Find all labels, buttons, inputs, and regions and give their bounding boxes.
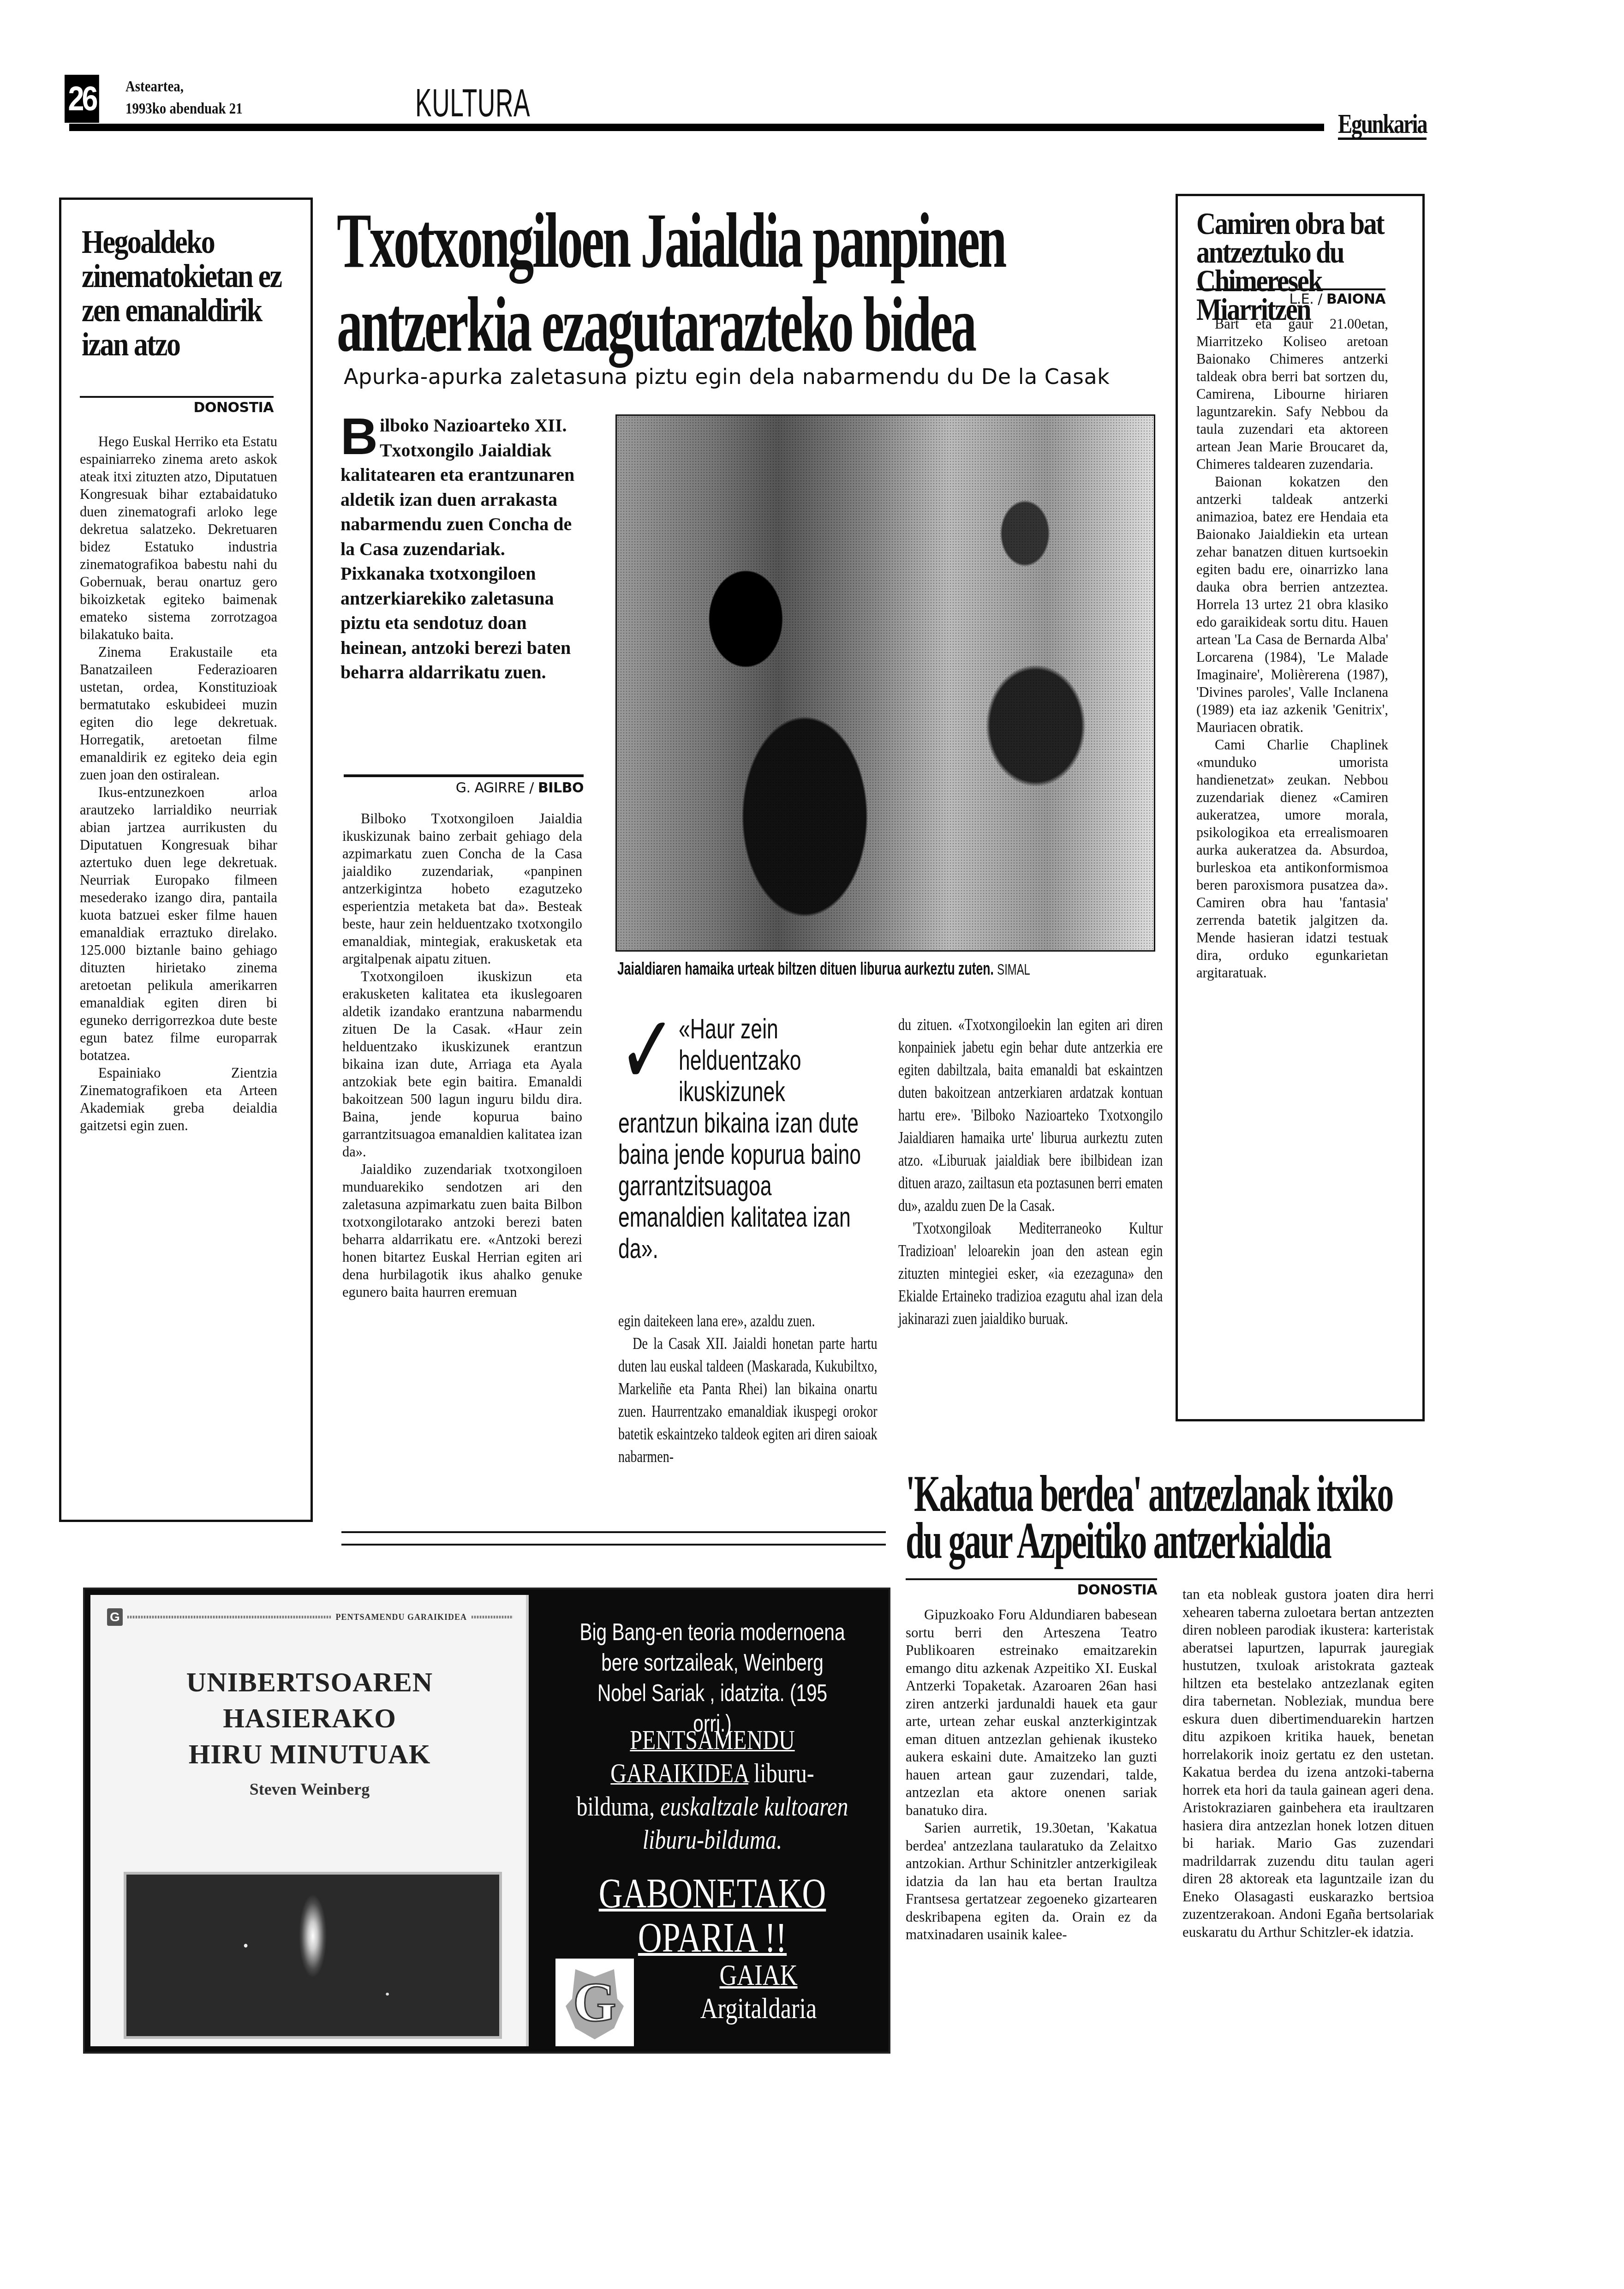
main-lead: Bilboko Nazioarteko XII. Txotxongilo Jai… bbox=[340, 413, 590, 685]
ad-description: Big Bang-en teoria modernoena bere sortz… bbox=[576, 1617, 849, 1739]
paragraph: Espainiako Zientzia Zinematografikoen et… bbox=[80, 1064, 277, 1134]
weekday: Asteartea, bbox=[125, 76, 243, 98]
bottom-article-dateline: DONOSTIA bbox=[906, 1582, 1157, 1598]
paragraph: 'Txotxongiloak Mediterraneoko Kultur Tra… bbox=[898, 1217, 1163, 1330]
paragraph: Cami Charlie Chaplinek «munduko umorista… bbox=[1196, 736, 1388, 982]
paragraph: De la Casak XII. Jaialdi honetan parte h… bbox=[618, 1332, 878, 1468]
paragraph: Bart eta gaur 21.00etan, Miarritzeko Kol… bbox=[1196, 315, 1388, 473]
date: 1993ko abenduak 21 bbox=[125, 98, 243, 120]
left-article-body: Hego Euskal Herriko eta Estatu espainiar… bbox=[80, 433, 277, 1134]
cover-series: PENTSAMENDU GARAIKIDEA bbox=[335, 1612, 467, 1622]
main-col2: egin daitekeen lana ere», azaldu zuen. D… bbox=[618, 1310, 878, 1468]
right-article-body: Bart eta gaur 21.00etan, Miarritzeko Kol… bbox=[1196, 315, 1388, 982]
pull-quote: ✓«Haur zein helduentzako ikuskizunek era… bbox=[618, 1013, 867, 1264]
paragraph: Jaialdiko zuzendariak txotxongiloen mund… bbox=[342, 1161, 582, 1301]
book-author: Steven Weinberg bbox=[90, 1780, 529, 1799]
bottom-col1: Gipuzkoako Foru Aldundiaren babesean sor… bbox=[906, 1606, 1157, 1944]
dateline-rule bbox=[1196, 288, 1385, 290]
drop-cap: B bbox=[340, 414, 378, 459]
left-article-dateline: DONOSTIA bbox=[80, 400, 274, 416]
main-subheadline: Apurka-apurka zaletasuna piztu egin dela… bbox=[344, 364, 1170, 389]
book-advertisement: G PENTSAMENDU GARAIKIDEA UNIBERTSOAREN H… bbox=[83, 1588, 890, 2054]
ad-copy: Big Bang-en teoria modernoena bere sortz… bbox=[537, 1589, 888, 2051]
issue-date: Asteartea, 1993ko abenduak 21 bbox=[125, 76, 243, 120]
section-label: KULTURA bbox=[415, 82, 530, 124]
dateline-rule bbox=[80, 396, 274, 398]
paragraph: du zituen. «Txotxongiloekin lan egiten a… bbox=[898, 1013, 1163, 1217]
main-byline: G. AGIRRE / BILBO bbox=[344, 780, 584, 796]
galaxy-image bbox=[124, 1872, 502, 2039]
dateline-rule bbox=[906, 1578, 1157, 1580]
paragraph: Bilboko Txotxongiloen Jaialdia ikuskizun… bbox=[342, 810, 582, 968]
paragraph: Zinema Erakustaile eta Banatzaileen Fede… bbox=[80, 643, 277, 784]
brand-logo: Egunkaria bbox=[1338, 110, 1427, 140]
series-promo: PENTSAMENDU GARAIKIDEA liburu-bilduma, e… bbox=[572, 1723, 853, 1856]
right-article-box: Camiren obra bat antzeztuko du Chimerese… bbox=[1176, 194, 1425, 1421]
divider bbox=[341, 1544, 886, 1546]
publisher-logo-icon: G bbox=[107, 1608, 123, 1626]
gift-slogan: GABONETAKO OPARIA !! bbox=[576, 1871, 849, 1959]
paragraph: Ikus-entzunezkoen arloa arautzeko larria… bbox=[80, 784, 277, 1064]
main-col1: Bilboko Txotxongiloen Jaialdia ikuskizun… bbox=[342, 810, 582, 1301]
paragraph: Sarien aurretik, 19.30etan, 'Kakatua ber… bbox=[906, 1819, 1157, 1944]
photo-caption: Jaialdiaren hamaika urteak biltzen ditue… bbox=[617, 959, 1005, 980]
left-article-headline: Hegoaldeko zinematokietan ez zen emanald… bbox=[82, 225, 304, 361]
paragraph: Gipuzkoako Foru Aldundiaren babesean sor… bbox=[906, 1606, 1157, 1819]
publisher-name: GAIAK Argitaldaria bbox=[668, 1959, 849, 2025]
paragraph: Hego Euskal Herriko eta Estatu espainiar… bbox=[80, 433, 277, 643]
paragraph: tan eta nobleak gustora joaten dira herr… bbox=[1182, 1586, 1434, 1941]
book-title: UNIBERTSOAREN HASIERAKO HIRU MINUTUAK bbox=[90, 1664, 529, 1772]
bottom-col2: tan eta nobleak gustora joaten dira herr… bbox=[1182, 1586, 1434, 1941]
divider bbox=[341, 1531, 886, 1533]
left-article-box: Hegoaldeko zinematokietan ez zen emanald… bbox=[59, 198, 313, 1522]
photo-credit: SIMAL bbox=[997, 961, 1030, 978]
right-article-byline: L.E. / BAIONA bbox=[1196, 291, 1385, 307]
book-cover: G PENTSAMENDU GARAIKIDEA UNIBERTSOAREN H… bbox=[90, 1595, 529, 2046]
page-number: 26 bbox=[65, 75, 99, 123]
bottom-article-headline: 'Kakatua berdea' antzezlanak itxiko du g… bbox=[906, 1470, 1271, 1564]
main-headline: Txotxongiloen Jaialdia panpinen antzerki… bbox=[337, 198, 885, 366]
header-rule bbox=[69, 124, 1324, 131]
main-col3: du zituen. «Txotxongiloekin lan egiten a… bbox=[898, 1013, 1163, 1330]
byline-rule bbox=[344, 774, 584, 777]
checkmark-icon: ✓ bbox=[618, 1009, 677, 1092]
gaiak-logo-icon: G bbox=[555, 1959, 634, 2046]
paragraph: Baionan kokatzen den antzerki taldeak an… bbox=[1196, 473, 1388, 736]
paragraph: Txotxongiloen ikuskizun eta erakusketen … bbox=[342, 968, 582, 1161]
main-photo bbox=[615, 414, 1155, 952]
paragraph: egin daitekeen lana ere», azaldu zuen. bbox=[618, 1310, 878, 1332]
